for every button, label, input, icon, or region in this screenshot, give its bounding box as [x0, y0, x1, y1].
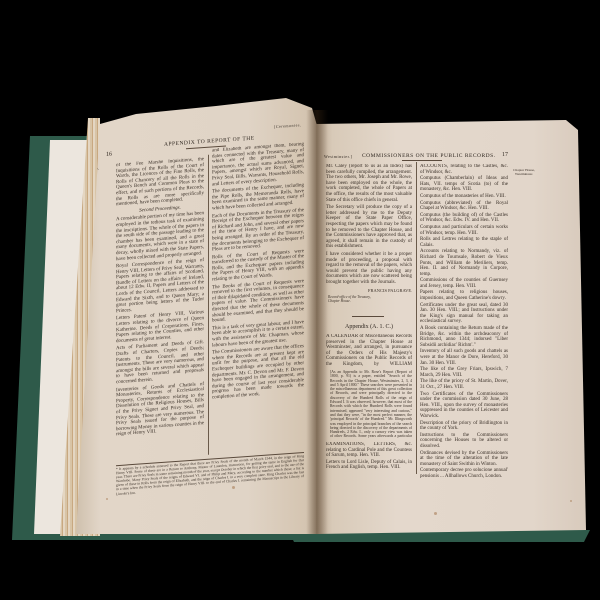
left-column-2: and Elizabeth are amongst them, bearing …	[212, 142, 304, 454]
paragraph: Royal Correspondence of the reign of Hen…	[116, 258, 204, 314]
right-margin-note: Chapter House, Westminster.	[506, 168, 542, 176]
list-item: Certificates under the great seal, dated…	[420, 303, 508, 325]
list-item: Ordinances devised by the Commissioners …	[420, 451, 508, 468]
column-divider	[416, 162, 417, 474]
paragraph: Mr. Caley (report to us as an Index) has…	[326, 164, 412, 203]
list-item: Computus (Chamberlain) of Ideas and Hats…	[420, 176, 508, 193]
paragraph: Rolls of the Court of Requests were tran…	[212, 249, 304, 283]
list-item: Inventory of all such goods and chattels…	[420, 349, 508, 366]
list-item: Letters to Lord Lisle, Deputy of Calais,…	[326, 460, 412, 471]
list-item: Accounts relating to Normandy, viz. of R…	[420, 249, 508, 277]
list-item: ACCOUNTS, relating to the Castles, &c. o…	[420, 164, 508, 175]
appendix-intro: A CALENDAR of Miscellaneous Records pres…	[326, 334, 412, 368]
foxing-spot	[106, 498, 108, 500]
appendix-entries-left: EXAMINATIONS, LETTERS, &c. relating to C…	[326, 442, 412, 472]
section-rule	[352, 316, 384, 317]
list-item: Two Certificates of the Commissioners un…	[420, 392, 508, 420]
paragraph: Inventories of Goods and Chattels of Mon…	[116, 382, 204, 438]
foxing-spot	[570, 500, 572, 502]
paragraph: The Commissioners are aware that the off…	[212, 344, 304, 401]
gutter-shadow	[306, 110, 328, 534]
right-running-head: COMMISSIONERS ON THE PUBLIC RECORDS.	[362, 153, 496, 159]
paragraph: and Elizabeth are amongst them, bearing …	[212, 142, 304, 188]
signature-location: Record-office of the Treasury, Chapter H…	[328, 295, 378, 303]
left-running-head-right: [Ceremonies.	[274, 122, 301, 129]
list-item: Description of the priory of Bridlington…	[420, 421, 508, 432]
appendix-note: [As an Appendix to Mr. Rose's Report (Re…	[330, 370, 412, 438]
list-item: Computus of the monasteries of Hen. VIII…	[420, 194, 508, 200]
list-item: A Book containing the Return made of the…	[420, 326, 508, 348]
signature: FRANCIS PALGRAVE.	[368, 288, 412, 293]
paragraph: Letters Patent of Henry VIII, Various Le…	[116, 310, 204, 344]
foxing-spot	[434, 512, 437, 515]
paragraph: of the Fee Marshe Inquisitions, the Inqu…	[116, 157, 204, 208]
right-running-head-left: Westminster.]	[324, 154, 353, 159]
left-page-number: 16	[106, 151, 112, 157]
head-rule	[402, 160, 442, 161]
list-item: Instructions to the Commissioners concer…	[420, 433, 508, 450]
list-item: The like of the priory of St. Martin, Do…	[420, 379, 508, 390]
list-item: Papers relating to religious houses, imp…	[420, 290, 508, 301]
right-column-1: Mr. Caley (report to us as an Index) has…	[326, 164, 412, 286]
paragraph: The Secretary will produce the copy of a…	[326, 205, 412, 250]
list-item: EXAMINATIONS, LETTERS, &c. relating to C…	[326, 442, 412, 459]
paragraph: A considerable portion of my time has be…	[116, 211, 204, 262]
left-page: 16 APPENDIX TO REPORT OF THE [Ceremonies…	[76, 96, 320, 534]
book-photograph: 16 APPENDIX TO REPORT OF THE [Ceremonies…	[0, 0, 600, 600]
list-item: Computus (the building of) of the Castle…	[420, 213, 508, 224]
list-item: Commissions of the counties of Guernsey …	[420, 278, 508, 289]
right-column-2: ACCOUNTS, relating to the Castles, &c. o…	[420, 164, 508, 480]
right-page-number: 17	[502, 152, 508, 158]
left-column-1: of the Fee Marshe Inquisitions, the Inqu…	[116, 157, 204, 463]
list-item: Computus (abbreviated) of the Royal Chap…	[420, 201, 508, 212]
list-item: The like of the Grey Friars, Ipswich, 7 …	[420, 367, 508, 378]
appendix-heading: Appendix (A. 1. C.)	[326, 324, 412, 330]
paragraph: The Books of the Court of Requests were …	[212, 279, 304, 325]
paragraph: Each of the Documents in the Treasury of…	[212, 208, 304, 254]
list-item: Contemporary decree pro solucione annual…	[420, 468, 508, 479]
paragraph: I have considered whether it be a proper…	[326, 252, 412, 286]
column-divider	[208, 155, 209, 455]
foxing-spot	[232, 486, 235, 489]
paragraph: Acts of Parliament and Deeds of Gift. Dr…	[116, 340, 204, 385]
list-item: Computus and particulars of certain work…	[420, 225, 508, 236]
list-item: Rolls and Lettres relating to the staple…	[420, 237, 508, 248]
right-page: Westminster.] COMMISSIONERS ON THE PUBLI…	[316, 120, 586, 534]
